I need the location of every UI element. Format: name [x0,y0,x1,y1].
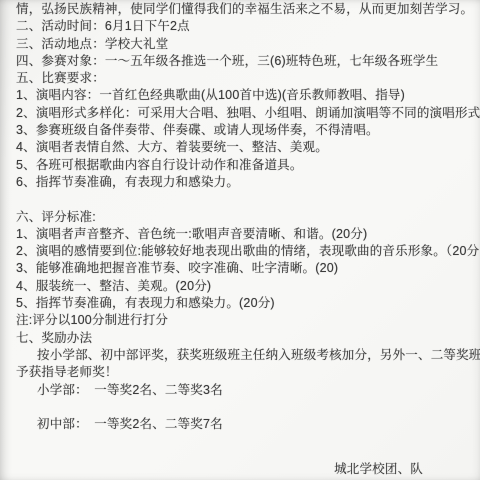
doc-line-awards-middle: 初中部： 一等奖2名、二等奖7名 [16,416,466,433]
doc-line-scoring-4: 4、服装统一、整洁、美观。(20分) [16,278,466,295]
doc-line-requirement-2: 2、演唱形式多样化：可采用大合唱、独唱、小组唱、朗诵加演唱等不同的演唱形式。 [16,105,466,122]
doc-line-requirement-3: 3、参赛班级自备伴奏带、伴奏碟、或请人现场伴奏，不得清唱。 [16,122,466,139]
doc-line-scoring-5: 5、指挥节奏准确，有表现力和感染力。(20分) [16,295,466,312]
doc-line-scoring-2: 2、演唱的感情要到位:能够较好地表现出歌曲的情绪，表现歌曲的音乐形象。（20分） [16,243,466,260]
doc-line-scoring-1: 1、演唱者声音整齐、音色统一:歌唱声音要清晰、和谐。(20分) [16,226,466,243]
doc-line-scoring-heading: 六、评分标准: [16,209,466,226]
signature: 城北学校团、队 [16,461,466,478]
doc-line-scoring-3: 3、能够准确地把握音准节奏、咬字准确、吐字清晰。(20) [16,260,466,277]
doc-line-awards-desc-2: 予获指导老师奖！ [16,364,466,381]
doc-line-requirement-6: 6、指挥节奏准确，有表现力和感染力。 [16,174,466,191]
doc-line-awards-heading: 七、奖励办法 [16,330,466,347]
doc-line-requirement-1: 1、演唱内容：一首红色经典歌曲(从100首中选)(音乐教师教唱、指导) [16,87,466,104]
notice-document: 情，弘扬民族精神，使同学们懂得我们的幸福生活来之不易，从而更加刻苦学习。 二、活… [0,0,480,480]
doc-line-activity-place: 三、活动地点：学校大礼堂 [16,36,466,53]
doc-line-scoring-note: 注:评分以100分制进行打分 [16,312,466,329]
doc-line-requirement-4: 4、演唱者表情自然、大方、着装要统一、整洁、美观。 [16,139,466,156]
doc-line-requirements-heading: 五、比赛要求： [16,70,466,87]
doc-line-activity-time: 二、活动时间：6月1日下午2点 [16,18,466,35]
doc-line-awards-desc-1: 按小学部、初中部评奖，获奖班级班主任纳入班级考核加分，另外一、二等奖班级授 [16,347,466,364]
doc-line-participants: 四、参赛对象：一～五年级各推选一个班，三(6)班特色班，七年级各班学生 [16,53,466,70]
doc-line-awards-primary: 小学部： 一等奖2名、二等奖3名 [16,382,466,399]
doc-line-intro-continuation: 情，弘扬民族精神，使同学们懂得我们的幸福生活来之不易，从而更加刻苦学习。 [16,1,466,18]
doc-line-requirement-5: 5、各班可根据歌曲内容自行设计动作和准备道具。 [16,157,466,174]
